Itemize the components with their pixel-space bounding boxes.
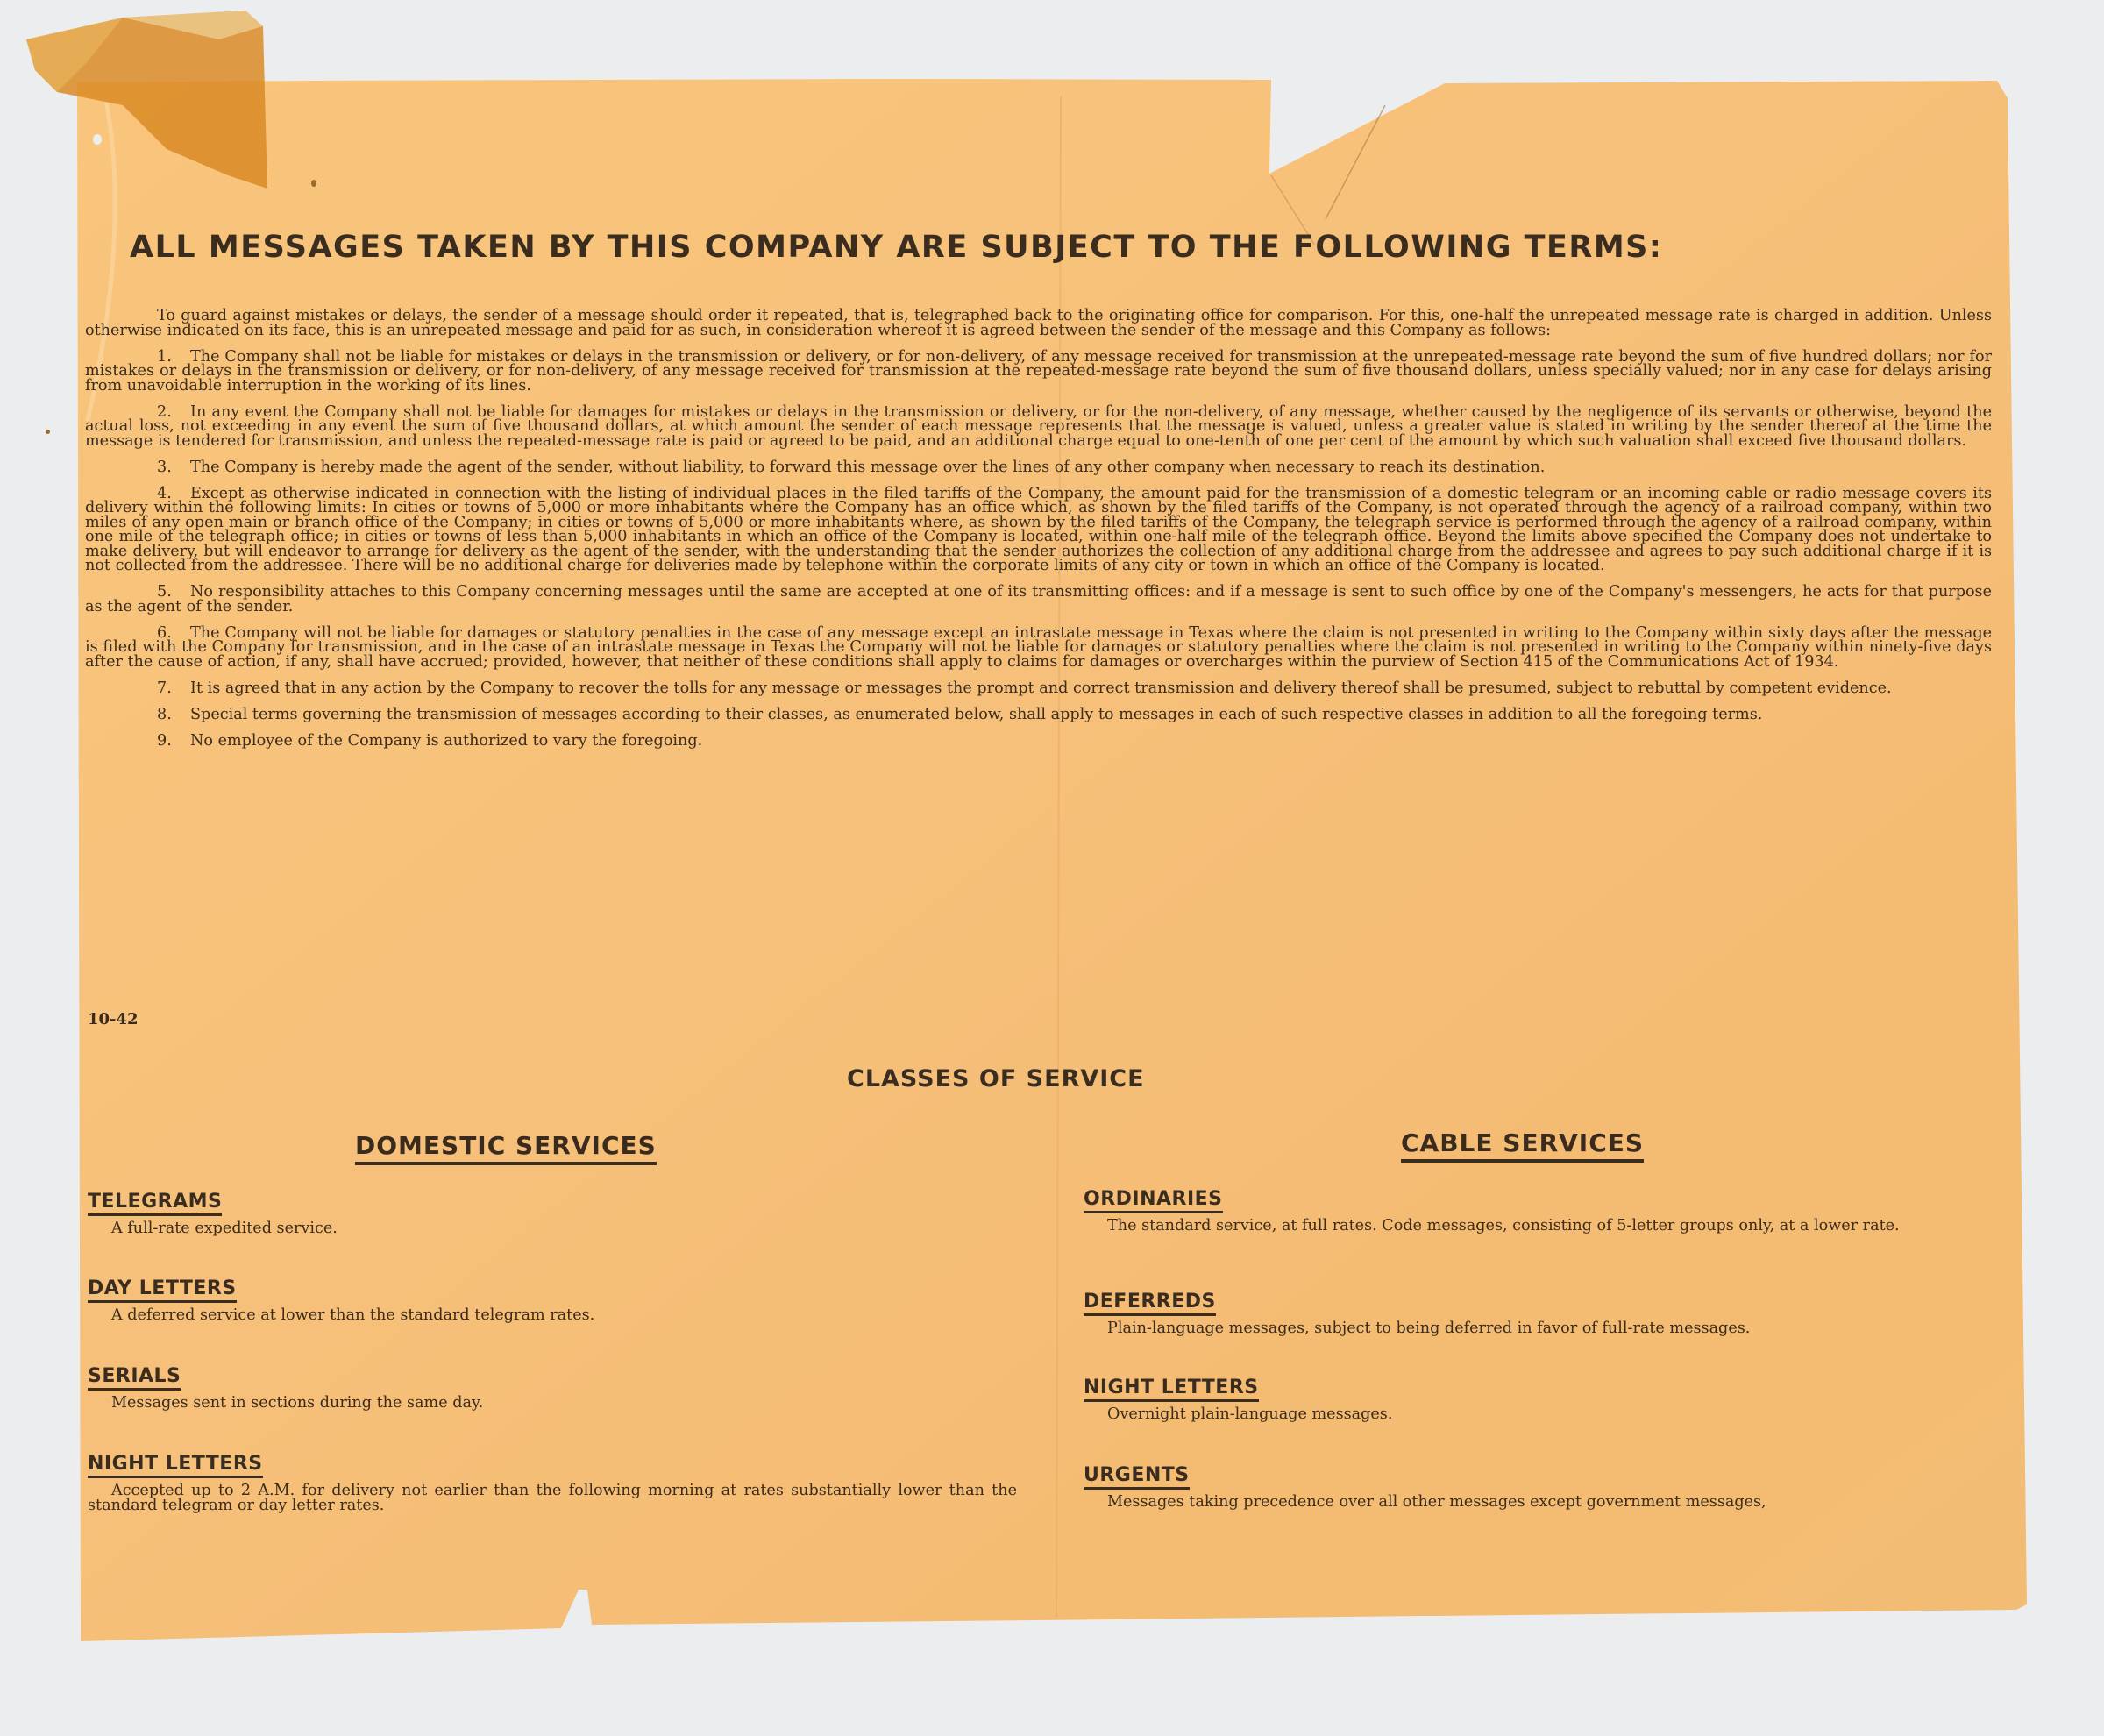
term-item: 5.No responsibility attaches to this Com… <box>85 585 1992 614</box>
form-number: 10-42 <box>88 1010 139 1028</box>
service-entry: ORDINARIES The standard service, at full… <box>1084 1188 1995 1234</box>
document-content: ALL MESSAGES TAKEN BY THIS COMPANY ARE S… <box>0 0 2104 1736</box>
terms-heading: ALL MESSAGES TAKEN BY THIS COMPANY ARE S… <box>130 230 1962 265</box>
domestic-services-heading: DOMESTIC SERVICES <box>355 1131 657 1165</box>
term-text: The Company will not be liable for damag… <box>85 624 1992 671</box>
term-number: 9. <box>157 734 190 749</box>
classes-of-service-heading: CLASSES OF SERVICE <box>847 1065 1145 1092</box>
service-name: NIGHT LETTERS <box>88 1453 263 1478</box>
term-item: 2.In any event the Company shall not be … <box>85 405 1992 449</box>
term-text: It is agreed that in any action by the C… <box>190 679 1892 697</box>
service-description: Overnight plain-language messages. <box>1084 1407 1995 1422</box>
service-description: Plain-language messages, subject to bein… <box>1084 1321 1995 1336</box>
service-name: ORDINARIES <box>1084 1188 1223 1213</box>
service-name: DAY LETTERS <box>88 1277 237 1303</box>
terms-intro: To guard against mistakes or delays, the… <box>85 309 1992 338</box>
term-text: In any event the Company shall not be li… <box>85 403 1992 450</box>
term-item: 8.Special terms governing the transmissi… <box>85 708 1992 722</box>
service-entry: URGENTS Messages taking precedence over … <box>1084 1464 1995 1510</box>
term-text: Special terms governing the transmission… <box>190 706 1762 723</box>
service-entry: TELEGRAMS A full-rate expedited service. <box>88 1191 1017 1236</box>
service-description: Messages taking precedence over all othe… <box>1084 1495 1995 1510</box>
term-number: 3. <box>157 460 190 475</box>
service-name: SERIALS <box>88 1365 181 1391</box>
service-description: A deferred service at lower than the sta… <box>88 1308 1017 1323</box>
service-description: The standard service, at full rates. Cod… <box>1084 1219 1995 1234</box>
term-text: No responsibility attaches to this Compa… <box>85 583 1992 615</box>
term-item: 1.The Company shall not be liable for mi… <box>85 350 1992 394</box>
service-name: URGENTS <box>1084 1464 1190 1490</box>
service-entry: DAY LETTERS A deferred service at lower … <box>88 1277 1017 1323</box>
service-name: DEFERREDS <box>1084 1291 1216 1316</box>
term-item: 6.The Company will not be liable for dam… <box>85 626 1992 670</box>
scanned-document: ALL MESSAGES TAKEN BY THIS COMPANY ARE S… <box>0 0 2104 1736</box>
term-item: 4.Except as otherwise indicated in conne… <box>85 487 1992 573</box>
term-text: No employee of the Company is authorized… <box>190 732 702 750</box>
service-description: A full-rate expedited service. <box>88 1221 1017 1236</box>
service-entry: DEFERREDS Plain-language messages, subje… <box>1084 1291 1995 1336</box>
service-name: NIGHT LETTERS <box>1084 1377 1259 1402</box>
term-text: Except as otherwise indicated in connect… <box>85 485 1992 575</box>
term-item: 3.The Company is hereby made the agent o… <box>85 460 1992 475</box>
domestic-services-column: DOMESTIC SERVICES TELEGRAMS A full-rate … <box>88 1131 1017 1165</box>
terms-body: To guard against mistakes or delays, the… <box>85 309 1992 760</box>
cable-services-column: CABLE SERVICES ORDINARIES The standard s… <box>1084 1128 1995 1163</box>
service-name: TELEGRAMS <box>88 1191 222 1216</box>
cable-services-heading: CABLE SERVICES <box>1401 1128 1644 1163</box>
term-number: 7. <box>157 681 190 696</box>
service-entry: SERIALS Messages sent in sections during… <box>88 1365 1017 1411</box>
term-item: 7.It is agreed that in any action by the… <box>85 681 1992 696</box>
service-description: Messages sent in sections during the sam… <box>88 1396 1017 1411</box>
term-number: 8. <box>157 708 190 722</box>
service-description: Accepted up to 2 A.M. for delivery not e… <box>88 1483 1017 1513</box>
service-entry: NIGHT LETTERS Accepted up to 2 A.M. for … <box>88 1453 1017 1513</box>
service-entry: NIGHT LETTERS Overnight plain-language m… <box>1084 1377 1995 1422</box>
term-item: 9.No employee of the Company is authoriz… <box>85 734 1992 749</box>
term-text: The Company shall not be liable for mist… <box>85 348 1992 395</box>
term-text: The Company is hereby made the agent of … <box>190 459 1545 476</box>
